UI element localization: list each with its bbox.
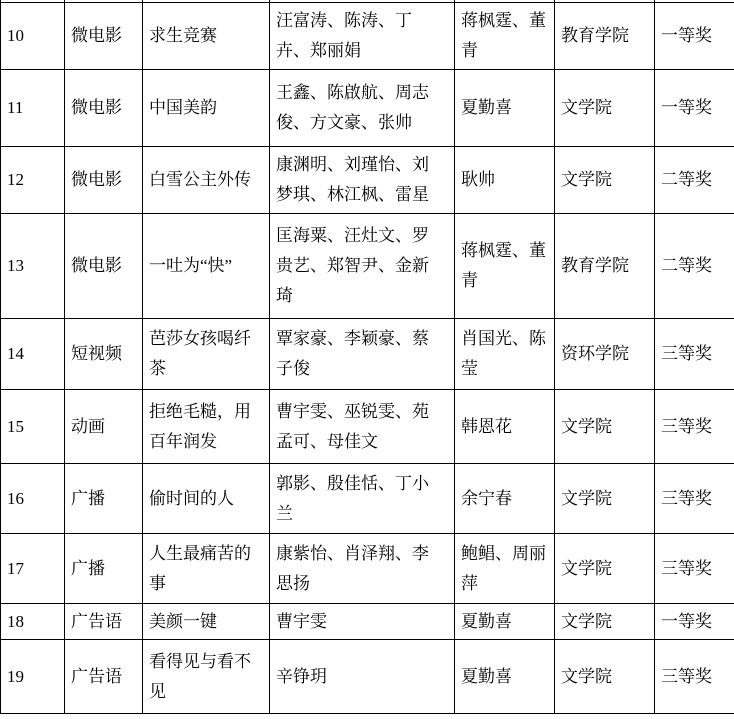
cell-category: 广播 bbox=[65, 534, 143, 604]
cell-award: 一等奖 bbox=[655, 604, 734, 640]
cell-participants: 覃家豪、李颖豪、蔡 子俊 bbox=[270, 319, 455, 390]
cell-college: 文学院 bbox=[555, 390, 655, 464]
cell-number: 12 bbox=[1, 147, 65, 214]
cell-number: 16 bbox=[1, 464, 65, 534]
cell-category: 广播 bbox=[65, 464, 143, 534]
cell-title: 人生最痛苦的 事 bbox=[143, 534, 270, 604]
cell-advisors: 夏勤喜 bbox=[455, 640, 555, 714]
cell-participants: 康紫怡、肖泽翔、李 思扬 bbox=[270, 534, 455, 604]
table-row: 13 微电影 一吐为“快” 匡海粟、汪灶文、罗 贵艺、郑智尹、金新 琦 蒋枫霆、… bbox=[1, 214, 734, 319]
cell-title: 一吐为“快” bbox=[143, 214, 270, 319]
table-row: 14 短视频 芭莎女孩喝纤 茶 覃家豪、李颖豪、蔡 子俊 肖国光、陈 莹 资环学… bbox=[1, 319, 734, 390]
cell-college: 文学院 bbox=[555, 147, 655, 214]
cell-college: 文学院 bbox=[555, 534, 655, 604]
cell-number: 17 bbox=[1, 534, 65, 604]
cell-advisors: 蒋枫霆、董 青 bbox=[455, 214, 555, 319]
cell-advisors: 蒋枫霆、董 青 bbox=[455, 3, 555, 70]
cell-category: 微电影 bbox=[65, 147, 143, 214]
cell-number: 19 bbox=[1, 640, 65, 714]
cell-participants: 王鑫、陈啟航、周志 俊、方文豪、张帅 bbox=[270, 70, 455, 147]
cell-number: 13 bbox=[1, 214, 65, 319]
table-row: 10 微电影 求生竞赛 汪富涛、陈涛、丁 卉、郑丽娟 蒋枫霆、董 青 教育学院 … bbox=[1, 3, 734, 70]
cell-award: 三等奖 bbox=[655, 534, 734, 604]
cell-title: 求生竞赛 bbox=[143, 3, 270, 70]
cell-college: 文学院 bbox=[555, 640, 655, 714]
cell-college: 教育学院 bbox=[555, 3, 655, 70]
cell-title: 美颜一键 bbox=[143, 604, 270, 640]
cell-participants: 匡海粟、汪灶文、罗 贵艺、郑智尹、金新 琦 bbox=[270, 214, 455, 319]
document-table-view: 10 微电影 求生竞赛 汪富涛、陈涛、丁 卉、郑丽娟 蒋枫霆、董 青 教育学院 … bbox=[0, 0, 734, 719]
cell-college: 文学院 bbox=[555, 70, 655, 147]
cell-title: 中国美韵 bbox=[143, 70, 270, 147]
cell-participants: 康渊明、刘瑾怡、刘 梦琪、林江枫、雷星 bbox=[270, 147, 455, 214]
cell-award: 三等奖 bbox=[655, 390, 734, 464]
cell-advisors: 耿帅 bbox=[455, 147, 555, 214]
cell-category: 动画 bbox=[65, 390, 143, 464]
cell-number: 11 bbox=[1, 70, 65, 147]
cell-participants: 曹宇雯 bbox=[270, 604, 455, 640]
cell-advisors: 韩恩花 bbox=[455, 390, 555, 464]
cell-title: 偷时间的人 bbox=[143, 464, 270, 534]
cell-award: 三等奖 bbox=[655, 464, 734, 534]
table-row: 18 广告语 美颜一键 曹宇雯 夏勤喜 文学院 一等奖 bbox=[1, 604, 734, 640]
cell-number: 10 bbox=[1, 3, 65, 70]
cell-category: 短视频 bbox=[65, 319, 143, 390]
cell-title: 白雪公主外传 bbox=[143, 147, 270, 214]
cell-college: 教育学院 bbox=[555, 214, 655, 319]
cell-college: 文学院 bbox=[555, 604, 655, 640]
table-row: 17 广播 人生最痛苦的 事 康紫怡、肖泽翔、李 思扬 鲍鲳、周丽 萍 文学院 … bbox=[1, 534, 734, 604]
table-row: 16 广播 偷时间的人 郭影、殷佳恬、丁小 兰 余宁春 文学院 三等奖 bbox=[1, 464, 734, 534]
cell-advisors: 夏勤喜 bbox=[455, 604, 555, 640]
cell-participants: 曹宇雯、巫锐雯、苑 孟可、母佳文 bbox=[270, 390, 455, 464]
cell-advisors: 夏勤喜 bbox=[455, 70, 555, 147]
cell-category: 广告语 bbox=[65, 604, 143, 640]
cell-college: 文学院 bbox=[555, 464, 655, 534]
cell-category: 广告语 bbox=[65, 640, 143, 714]
cell-participants: 郭影、殷佳恬、丁小 兰 bbox=[270, 464, 455, 534]
cell-award: 三等奖 bbox=[655, 319, 734, 390]
cell-number: 15 bbox=[1, 390, 65, 464]
cell-category: 微电影 bbox=[65, 3, 143, 70]
cell-college: 资环学院 bbox=[555, 319, 655, 390]
cell-participants: 汪富涛、陈涛、丁 卉、郑丽娟 bbox=[270, 3, 455, 70]
cell-category: 微电影 bbox=[65, 70, 143, 147]
award-table: 10 微电影 求生竞赛 汪富涛、陈涛、丁 卉、郑丽娟 蒋枫霆、董 青 教育学院 … bbox=[0, 0, 734, 714]
cell-participants: 辛铮玥 bbox=[270, 640, 455, 714]
cell-award: 二等奖 bbox=[655, 147, 734, 214]
cell-title: 芭莎女孩喝纤 茶 bbox=[143, 319, 270, 390]
cell-award: 三等奖 bbox=[655, 640, 734, 714]
cell-award: 一等奖 bbox=[655, 3, 734, 70]
cell-category: 微电影 bbox=[65, 214, 143, 319]
cell-title: 看得见与看不 见 bbox=[143, 640, 270, 714]
table-row: 15 动画 拒绝毛糙，用 百年润发 曹宇雯、巫锐雯、苑 孟可、母佳文 韩恩花 文… bbox=[1, 390, 734, 464]
cell-advisors: 肖国光、陈 莹 bbox=[455, 319, 555, 390]
table-row: 12 微电影 白雪公主外传 康渊明、刘瑾怡、刘 梦琪、林江枫、雷星 耿帅 文学院… bbox=[1, 147, 734, 214]
cell-advisors: 余宁春 bbox=[455, 464, 555, 534]
table-row: 19 广告语 看得见与看不 见 辛铮玥 夏勤喜 文学院 三等奖 bbox=[1, 640, 734, 714]
table-row: 11 微电影 中国美韵 王鑫、陈啟航、周志 俊、方文豪、张帅 夏勤喜 文学院 一… bbox=[1, 70, 734, 147]
cell-advisors: 鲍鲳、周丽 萍 bbox=[455, 534, 555, 604]
cell-title: 拒绝毛糙，用 百年润发 bbox=[143, 390, 270, 464]
cell-award: 一等奖 bbox=[655, 70, 734, 147]
cell-award: 二等奖 bbox=[655, 214, 734, 319]
cell-number: 14 bbox=[1, 319, 65, 390]
cell-number: 18 bbox=[1, 604, 65, 640]
